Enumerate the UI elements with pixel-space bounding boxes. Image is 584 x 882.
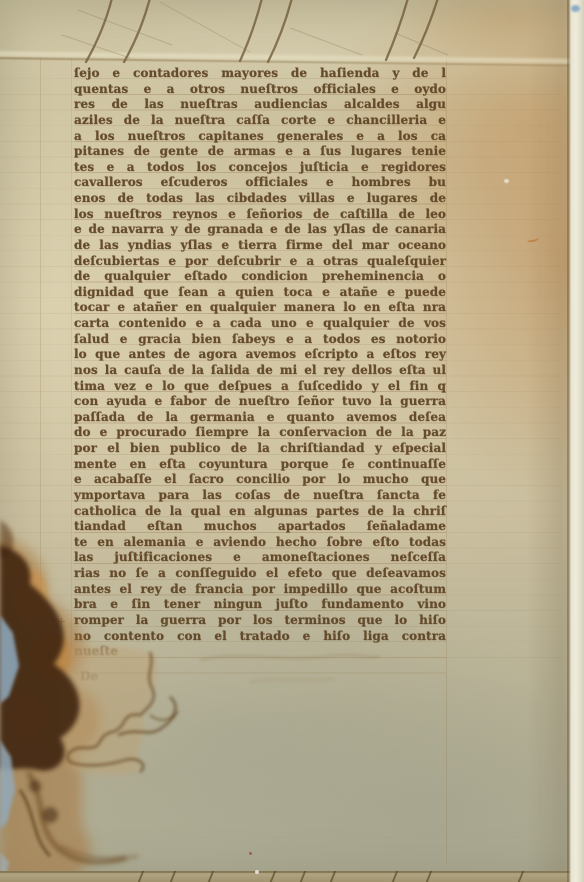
text-line: cavalleros eſcuderos officiales e hombre… [74,175,446,191]
text-line: rias no ſe a conſſeguido el efeto que de… [74,566,446,582]
text-line: lo que antes de agora avemos eſcripto a … [74,347,446,363]
manuscript-photo: ſejo e contadores mayores de haſienda y … [0,0,584,882]
text-line: ymportava para las coſas de nueſtra ſanc… [74,488,446,504]
margin-ruling-right [446,58,447,864]
text-line: de las yndias yſlas e tierra firme del m… [74,238,446,254]
text-line: tima vez e lo que deſpues a ſuſcedido y … [74,379,446,395]
text-line: con ayuda e fabor de nueſtro ſeñor tuvo … [74,394,446,410]
lacing-slit [138,871,144,882]
lacing-slit [300,871,306,882]
red-speck [249,852,252,855]
plica-fold-strip [0,871,584,882]
text-line: tiandad eſtan muchos apartados ſeñaladam… [74,519,446,535]
text-line: e de navarra y de granada e de las yſlas… [74,222,446,238]
margin-ruling-left-inner [71,58,72,658]
text-line: romper la guerra por los terminos que lo… [74,613,446,629]
margin-ruling-left-outer [40,58,41,662]
lacing-slit [208,871,214,882]
text-line: no contento con el tratado e hiſo liga c… [74,629,446,645]
text-line: enos de todas las cibdades villas e luga… [74,191,446,207]
text-line: a los nueſtros capitanes generales e a l… [74,129,446,145]
lacing-slit [170,871,176,882]
text-line: ſejo e contadores mayores de haſienda y … [74,66,446,82]
text-block: ſejo e contadores mayores de haſienda y … [74,66,446,684]
text-line: tocar e atañer en qualquier manera lo en… [74,300,446,316]
text-line: dignidad que ſean a quien toca e atañe e… [74,285,446,301]
text-line: catholica de la qual en algunas partes d… [74,504,446,520]
lacing-slit [426,871,432,882]
document-right-edge [567,0,584,882]
text-line: carta contenido e a cada uno e qualquier… [74,316,446,332]
text-line: antes el rey de francia por impedillo qu… [74,582,446,598]
text-line: nueſte [74,644,446,660]
orange-squiggle-mark [527,234,540,243]
text-line: quentas e a otros nueſtros officiales e … [74,82,446,98]
text-line: de qualquier eſtado condicion preheminen… [74,269,446,285]
text-line: paſſada de la germania e quanto avemos d… [74,410,446,426]
lacing-slit [392,871,398,882]
text-line: los nueſtros reynos e ſeñorios de caſtil… [74,207,446,223]
text-line: nos la cauſa de la ſalida de mi el rey d… [74,363,446,379]
text-line: mente en eſta coyuntura porque ſe contin… [74,457,446,473]
white-speck [504,179,509,183]
text-line: por el bien publico de la chriſtiandad y… [74,441,446,457]
margin-cross-mark: + [57,615,66,628]
text-line: las juſtificaciones e amoneſtaciones neſ… [74,550,446,566]
text-line: ſalud e gracia bien ſabeys e a todos es … [74,332,446,348]
text-line: deſcubiertas e por deſcubrir e a otras q… [74,254,446,270]
text-line: De [74,669,446,685]
text-line: tes e a todos los concejos juſticia e re… [74,160,446,176]
text-line: e acabaſſe el ſacro concilio por lo much… [74,472,446,488]
text-line: do e procurado ſiempre la conſervacion d… [74,425,446,441]
text-line: pitanes de gente de armas e a ſus lugare… [74,144,446,160]
text-line: te en alemania e aviendo hecho ſobre eſt… [74,535,446,551]
lacing-slit [330,871,336,882]
blue-speck [571,5,580,12]
white-speck [255,870,259,874]
text-line: aziles de la nueſtra caſſa corte e chanc… [74,113,446,129]
text-line: res de las nueſtras audiencias alcaldes … [74,97,446,113]
lacing-slit [270,871,276,882]
text-line: bra e ſin tener ningun juſto fundamento … [74,597,446,613]
lacing-slit [518,871,524,882]
